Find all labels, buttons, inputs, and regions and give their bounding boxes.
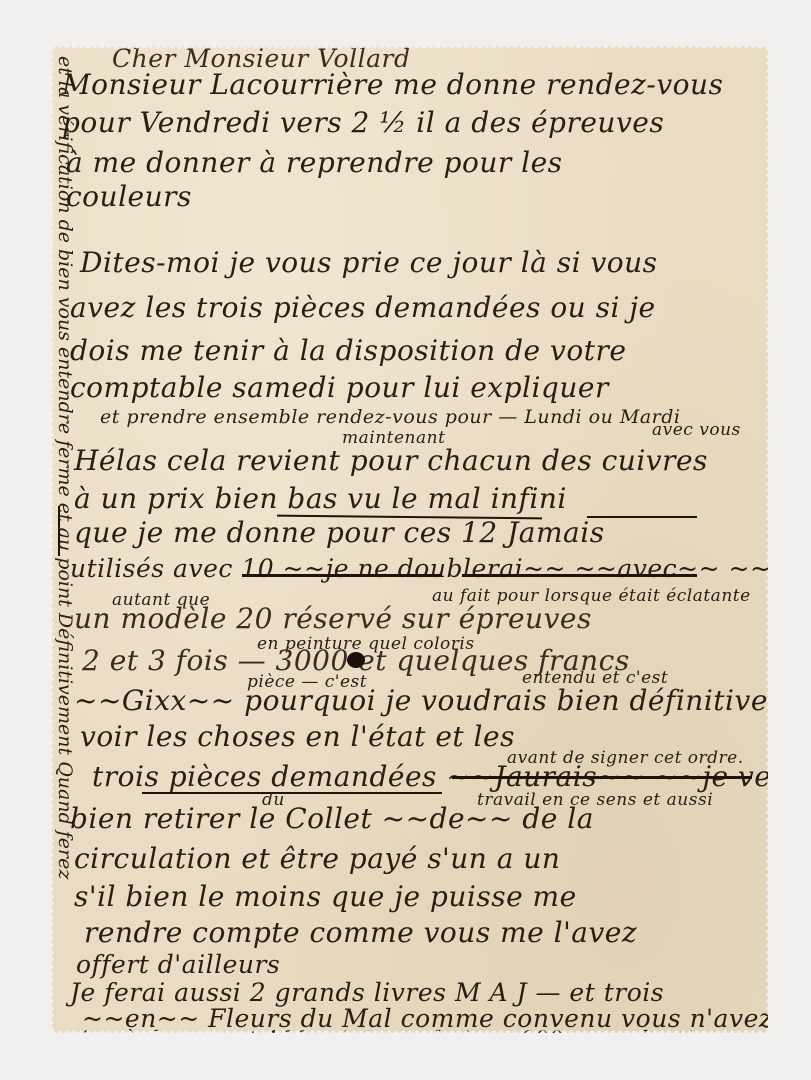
letter-line: avez les trois pièces demandées ou si je — [70, 291, 656, 324]
interlinear-insertion: avec vous — [652, 420, 741, 440]
underline-stroke — [142, 792, 442, 794]
letter-line: Hélas cela revient pour chacun des cuivr… — [74, 444, 708, 477]
letter-line: photos de même sinon 30 ' allocation par… — [70, 1050, 623, 1075]
letter-line: Je ferai aussi 2 grands livres M A J — e… — [70, 978, 664, 1007]
letter-line: pour Vendredi vers 2 ½ il a des épreuves — [62, 106, 664, 139]
letter-line: rien à donner et 100 originaux bois et 1… — [70, 1028, 734, 1053]
paper-perforated-edge-right — [766, 46, 769, 1033]
margin-annotation-vertical: et la vérification de bien vous entendre… — [54, 56, 76, 879]
letter-line: et prendre ensemble rendez-vous pour — L… — [100, 406, 680, 428]
letter-line: utilisés avec 10 ~~je ne doublerai~~ ~~a… — [70, 554, 811, 583]
letter-line: voir les choses en l'état et les — [80, 720, 515, 753]
letter-paper: Cher Monsieur Vollard Monsieur Lacourriè… — [52, 46, 768, 1033]
letter-line: couleurs — [66, 180, 192, 213]
letter-line: que je me donne pour ces 12 Jamais — [74, 516, 605, 549]
letter-line: dois me tenir à la disposition de votre — [70, 334, 626, 367]
letter-line: circulation et être payé s'un a un — [74, 842, 560, 875]
strikethrough-stroke — [242, 574, 442, 577]
letter-line: Monsieur Lacourrière me donne rendez-vou… — [62, 68, 723, 101]
letter-line: rendre compte comme vous me l'avez — [84, 916, 637, 949]
margin-stroke — [58, 506, 60, 556]
strikethrough-stroke — [462, 574, 697, 577]
letter-line: à me donner à reprendre pour les — [66, 146, 563, 179]
letter-line: un modèle 20 réservé sur épreuves — [74, 602, 592, 635]
letter-line: bien retirer le Collet ~~de~~ de la — [70, 802, 594, 835]
ink-blot — [347, 652, 365, 668]
letter-line: comptable samedi pour lui expliquer — [70, 371, 609, 404]
letter-line: Dites-moi je vous prie ce jour là si vou… — [80, 246, 658, 279]
letter-line: ~~Gixx~~ pourquoi je voudrais bien défin… — [74, 684, 811, 717]
letter-line: s'il bien le moins que je puisse me — [74, 880, 577, 913]
strikethrough-stroke — [452, 776, 752, 779]
letter-line: offert d'ailleurs — [76, 950, 280, 979]
letter-line: à un prix bien bas vu le mal infini — [74, 482, 567, 515]
